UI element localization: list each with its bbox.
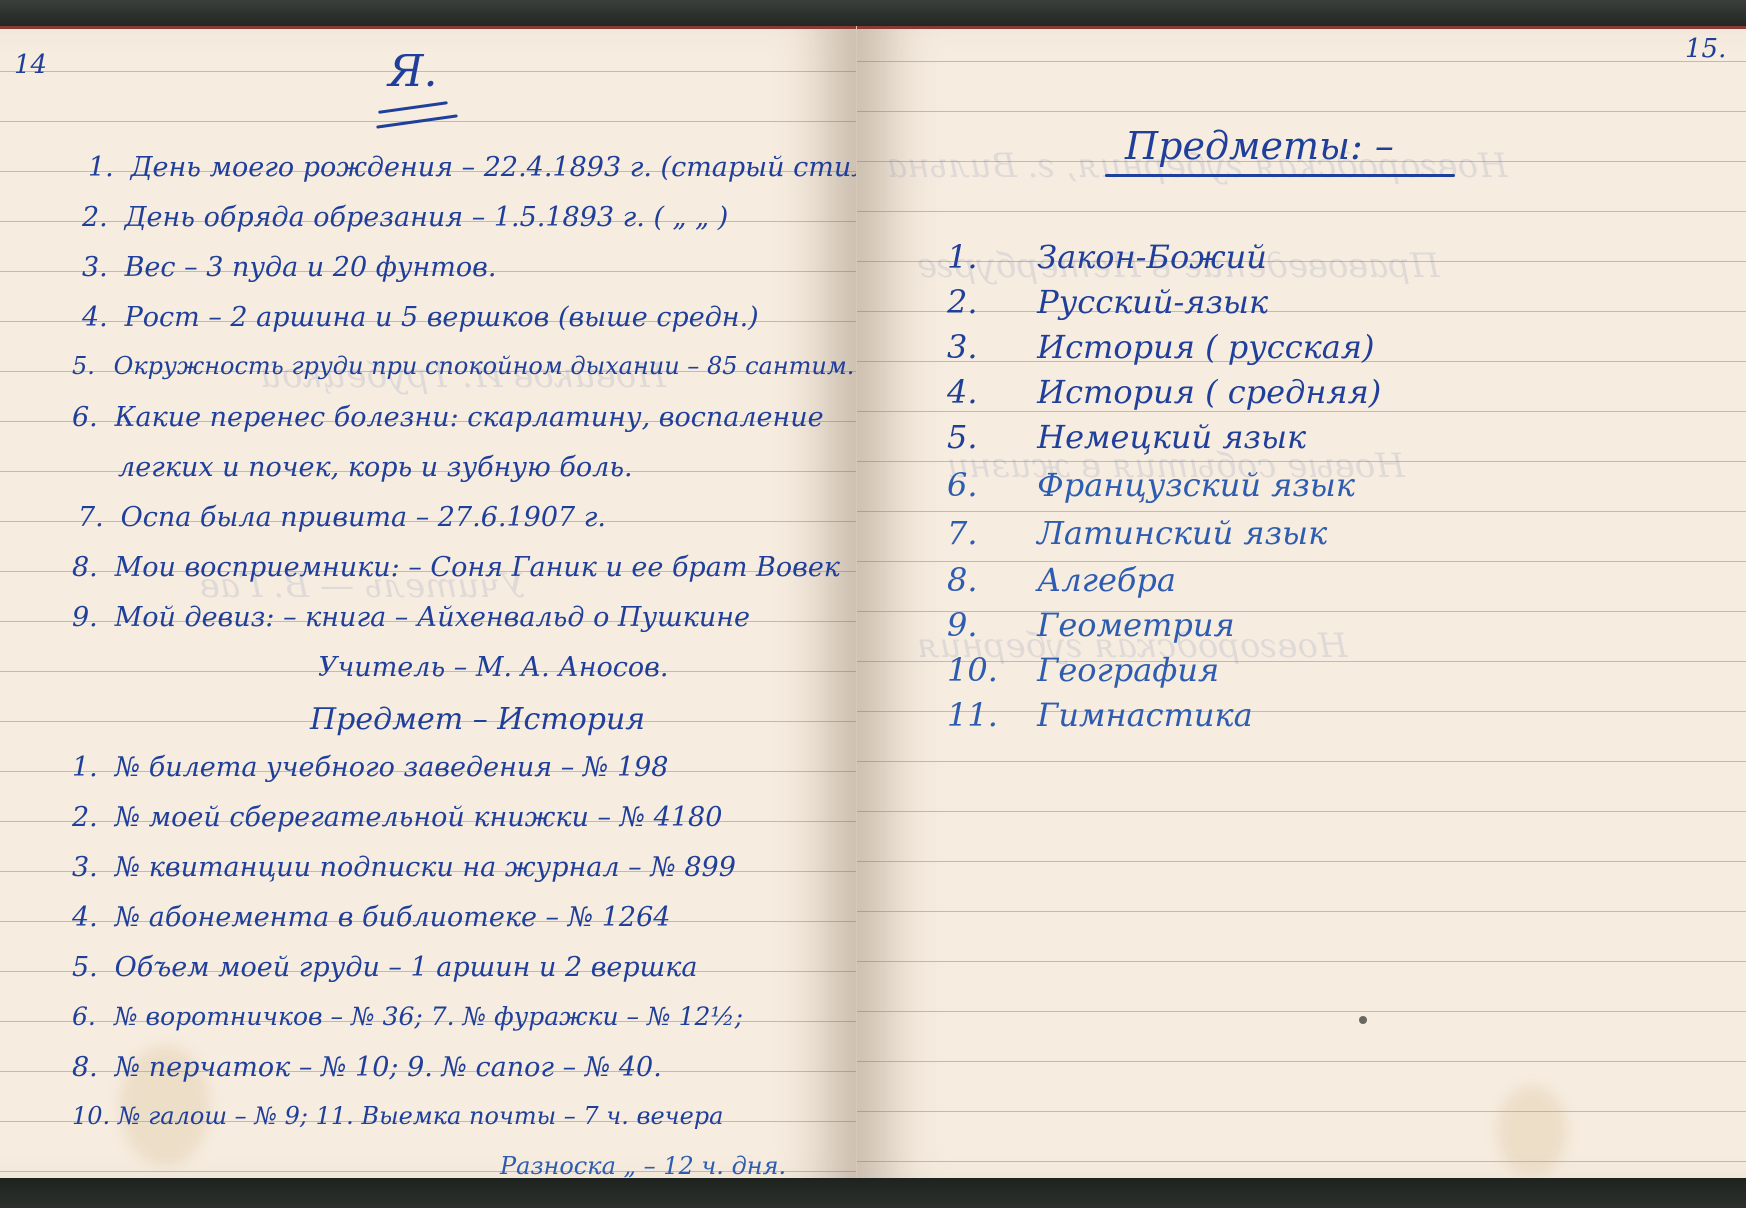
item-text: Рост – 2 аршина и 5 вершков (выше средн.… [125,302,759,333]
list-item: 6. № воротничков – № 36; 7. № фуражки – … [72,1002,743,1031]
ink-dot [1359,1016,1367,1024]
item-number: 3. [82,252,116,283]
subject-item: 9. Геометрия [947,606,1235,644]
page-edge-top [857,26,1746,29]
item-text: Латинский язык [1037,514,1327,552]
list-item: 1. № билета учебного заведения – № 198 [72,752,668,783]
item-text: Геометрия [1037,606,1234,644]
heading-underline [376,114,458,128]
subject-item: 5. Немецкий язык [947,418,1306,456]
page-heading: Предметы: – [1125,124,1394,168]
item-text: легких и почек, корь и зубную боль. [118,452,633,483]
subject-item: 1. Закон-Божий [947,238,1267,276]
page-heading: Я. [388,46,438,97]
paper-stain [1497,1086,1567,1176]
item-text: № воротничков – № 36; 7. № фуражки – № 1… [114,1002,743,1031]
subject-item: 6. Французский язык [947,466,1355,504]
list-item: 3. № квитанции подписки на журнал – № 89… [72,852,736,883]
heading-underline [378,101,448,114]
item-text: Какие перенес болезни: скарлатину, воспа… [115,402,824,433]
item-text: Объем моей груди – 1 аршин и 2 вершка [115,952,698,983]
teacher-line: Учитель – М. А. Аносов. [318,652,668,683]
item-number: 3. [947,328,1027,366]
page-number: 14 [14,50,47,80]
page-edge-top [0,26,856,29]
list-item: 1. День моего рождения – 22.4.1893 г. (с… [88,152,857,183]
item-text: Окружность груди при спокойном дыхании –… [114,352,855,380]
item-number: 6. [72,1002,106,1031]
list-item: 9. Мой девиз: – книга – Айхенвальд о Пуш… [72,602,750,633]
item-number: 6. [72,402,106,433]
item-text: День обряда обрезания – 1.5.1893 г. ( „ … [125,202,729,233]
list-item: 4. Рост – 2 аршина и 5 вершков (выше сре… [82,302,759,333]
list-item: 2. День обряда обрезания – 1.5.1893 г. (… [82,202,728,233]
item-text: Оспа была привита – 27.6.1907 г. [121,502,606,533]
item-text: № квитанции подписки на журнал – № 899 [115,852,736,883]
list-item: 7. Оспа была привита – 27.6.1907 г. [78,502,606,533]
item-number: 4. [82,302,116,333]
list-item: 10. № галош – № 9; 11. Выемка почты – 7 … [72,1102,723,1130]
item-number: 6. [947,466,1027,504]
item-number: 7. [947,514,1027,552]
list-item-continuation: легких и почек, корь и зубную боль. [118,452,633,483]
item-number: 9. [72,602,106,633]
item-text: География [1037,651,1219,689]
item-text: Вес – 3 пуда и 20 фунтов. [125,252,497,283]
item-number: 5. [72,352,106,380]
item-text: Гимнастика [1037,696,1253,734]
list-item: 5. Окружность груди при спокойном дыхани… [72,352,854,380]
item-number: 9. [947,606,1027,644]
item-text: Разноска „ – 12 ч. дня. [500,1152,786,1180]
item-number: 1. [947,238,1027,276]
item-text: История ( русская) [1037,328,1374,366]
item-number: 11. [947,696,1027,734]
heading-underline [1105,174,1455,177]
item-text: № моей сберегательной книжки – № 4180 [115,802,723,833]
item-text: № галош – № 9; 11. Выемка почты – 7 ч. в… [118,1102,724,1130]
subject-item: 4. История ( средняя) [947,373,1381,411]
item-number: 2. [947,283,1027,321]
item-number: 1. [88,152,122,183]
subject-item: 2. Русский-язык [947,283,1268,321]
list-item: 5. Объем моей груди – 1 аршин и 2 вершка [72,952,697,983]
item-number: 2. [72,802,106,833]
item-number: 8. [72,1052,106,1083]
item-text: № абонемента в библиотеке – № 1264 [115,902,671,933]
item-text: Немецкий язык [1037,418,1306,456]
subject-item: 10. География [947,651,1219,689]
list-item: 2. № моей сберегательной книжки – № 4180 [72,802,722,833]
item-text: № билета учебного заведения – № 198 [115,752,669,783]
list-item-continuation: Разноска „ – 12 ч. дня. [500,1152,786,1180]
list-item: 8. № перчаток – № 10; 9. № сапог – № 40. [72,1052,662,1083]
item-number: 10. [72,1102,110,1130]
item-number: 1. [72,752,106,783]
list-item: 6. Какие перенес болезни: скарлатину, во… [72,402,824,433]
item-number: 10. [947,651,1027,689]
item-number: 4. [72,902,106,933]
subject-item: 8. Алгебра [947,561,1176,599]
item-text: Русский-язык [1037,283,1268,321]
item-number: 5. [947,418,1027,456]
item-text: Мой девиз: – книга – Айхенвальд о Пушкин… [115,602,750,633]
page-number: 15. [1685,34,1726,64]
list-item: 8. Мои восприемники: – Соня Ганик и ее б… [72,552,840,583]
item-text: Алгебра [1037,561,1176,599]
item-text: Закон-Божий [1037,238,1267,276]
item-number: 2. [82,202,116,233]
subject-item: 3. История ( русская) [947,328,1374,366]
left-page: Новиков И. Трубецкой Учитель — В. Гав 14… [0,26,857,1180]
item-text: № перчаток – № 10; 9. № сапог – № 40. [115,1052,662,1083]
list-item: 4. № абонемента в библиотеке – № 1264 [72,902,670,933]
item-text: Французский язык [1037,466,1355,504]
item-text: Мои восприемники: – Соня Ганик и ее брат… [115,552,840,583]
item-number: 5. [72,952,106,983]
list-item: 3. Вес – 3 пуда и 20 фунтов. [82,252,496,283]
subject-line: Предмет – История [310,702,645,737]
subject-item: 7. Латинский язык [947,514,1327,552]
item-number: 4. [947,373,1027,411]
right-page: Новгородская губерния, г. Вильна Правове… [857,26,1746,1180]
item-number: 8. [947,561,1027,599]
subject-item: 11. Гимнастика [947,696,1253,734]
notebook-cover-bottom [0,1178,1746,1208]
item-text: День моего рождения – 22.4.1893 г. (стар… [131,152,857,183]
item-number: 8. [72,552,106,583]
item-number: 3. [72,852,106,883]
item-text: История ( средняя) [1037,373,1381,411]
item-number: 7. [78,502,112,533]
